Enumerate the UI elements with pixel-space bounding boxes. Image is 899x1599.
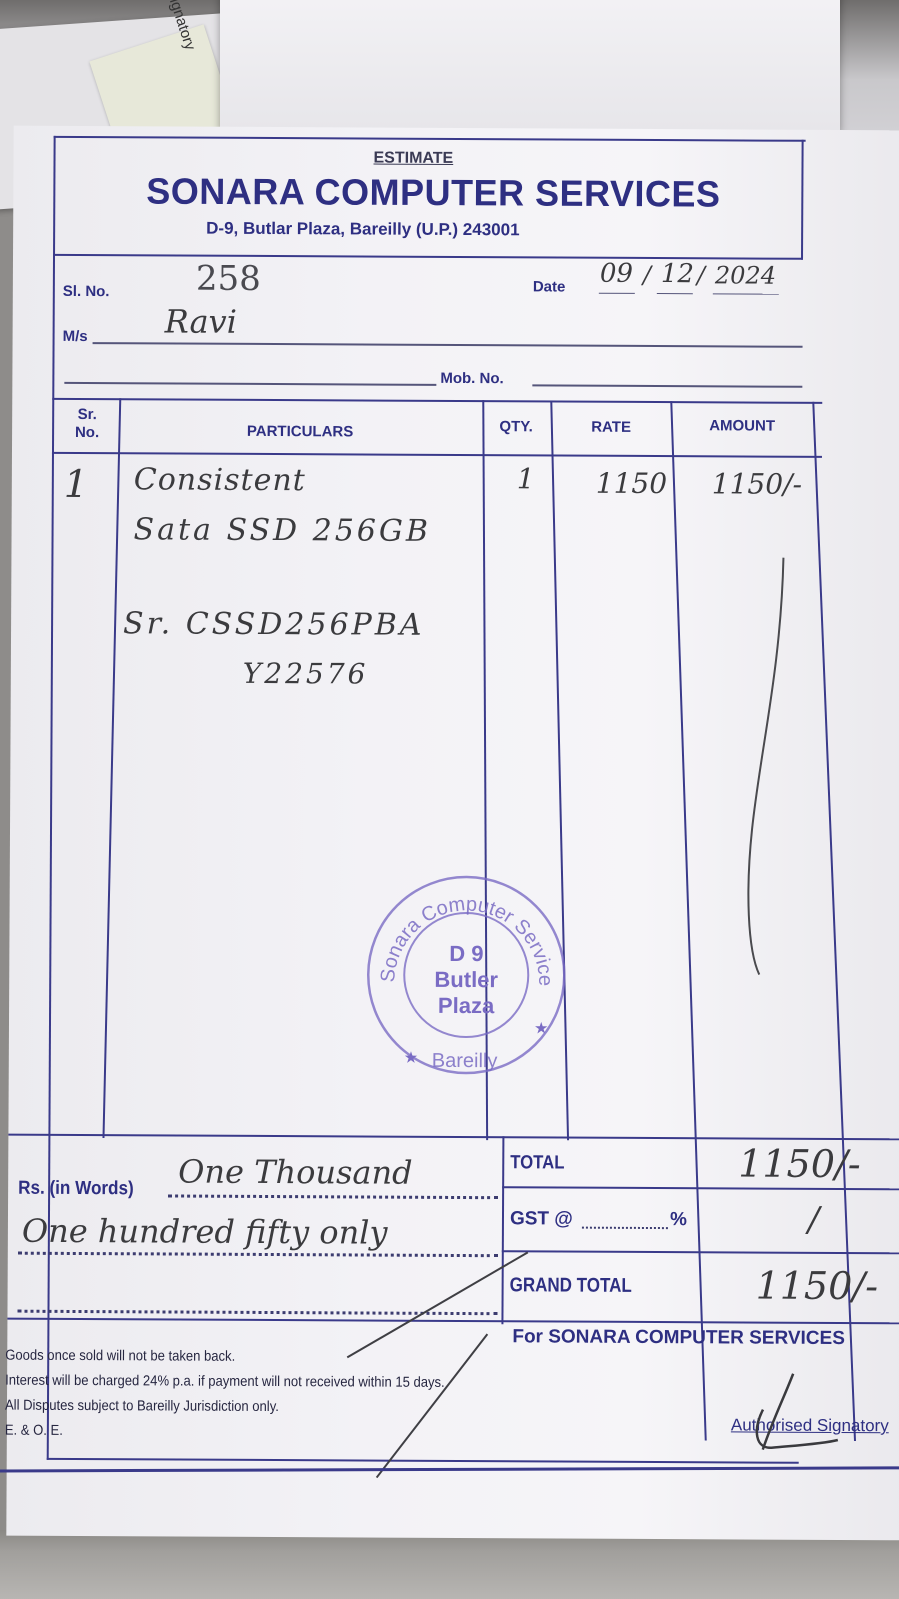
stamp-star-left: ★ <box>404 1050 418 1067</box>
date-day: 09 <box>600 259 633 289</box>
row-qty: 1 <box>517 462 535 495</box>
mobile-label: Mob. No. <box>440 370 503 387</box>
gst-row: GST @ % <box>510 1208 710 1239</box>
background-table-surface <box>0 1530 899 1599</box>
row-particulars-line1: Consistent <box>134 462 306 498</box>
stamp-star-right: ★ <box>534 1020 548 1037</box>
date-month: 12 <box>661 259 694 289</box>
gst-label: GST @ <box>510 1208 573 1230</box>
row-particulars-line3: Sr. CSSD256PBA <box>123 606 425 643</box>
date-label: Date <box>533 278 566 295</box>
row-amount: 1150/- <box>712 467 802 500</box>
term-3: All Disputes subject to Bareilly Jurisdi… <box>5 1394 445 1421</box>
term-2: Interest will be charged 24% p.a. if pay… <box>5 1369 445 1396</box>
amount-strike-line <box>729 549 791 979</box>
stamp-bottom-text: Bareilly <box>432 1050 498 1072</box>
row-rate: 1150 <box>596 467 667 500</box>
background-folded-paper <box>220 0 840 130</box>
customer-value: Ravi <box>165 302 237 340</box>
date-separator-2: / <box>697 261 705 289</box>
company-name: SONARA COMPUTER SERVICES <box>146 170 720 216</box>
row-sr-no: 1 <box>64 462 88 506</box>
header-sr-no: Sr. No. <box>56 406 118 442</box>
customer-label: M/s <box>63 328 88 345</box>
date-month-underline <box>657 293 693 294</box>
words-label: Rs. (in Words) <box>18 1178 134 1201</box>
for-company-label: For SONARA COMPUTER SERVICES <box>512 1326 845 1350</box>
grand-total-value: 1150/- <box>756 1264 879 1309</box>
gst-value: / <box>808 1200 820 1240</box>
gst-rate-field[interactable] <box>582 1227 668 1229</box>
company-address: D-9, Butlar Plaza, Bareilly (U.P.) 24300… <box>206 219 519 241</box>
gst-percent-sign: % <box>670 1209 687 1231</box>
header-sr-line1: Sr. <box>56 406 118 424</box>
words-value-line1: One Thousand <box>178 1153 413 1192</box>
stamp-center-line2: Butler <box>434 967 498 992</box>
stamp-center-line3: Plaza <box>438 993 495 1018</box>
term-1: Goods once sold will not be taken back. <box>5 1344 445 1371</box>
estimate-sheet: ESTIMATE SONARA COMPUTER SERVICES D-9, B… <box>6 126 899 1541</box>
total-label: TOTAL <box>510 1152 564 1174</box>
customer-field[interactable]: Ravi <box>93 302 803 350</box>
date-year: 2024 <box>715 261 776 289</box>
words-value-line2: One hundred fifty only <box>22 1212 388 1252</box>
serial-value: 258 <box>196 259 261 299</box>
row-particulars-line4: Y22576 <box>243 657 369 691</box>
term-4: E. & O. E. <box>5 1419 445 1446</box>
date-field[interactable]: 09 / 12 / 2024 <box>595 259 805 300</box>
date-day-underline <box>599 293 635 294</box>
header-qty: QTY. <box>484 418 548 435</box>
terms-list: Goods once sold will not be taken back. … <box>5 1344 445 1446</box>
stamp-center-line1: D 9 <box>449 941 483 966</box>
total-value: 1150/- <box>738 1141 861 1186</box>
header-particulars: PARTICULARS <box>120 422 480 441</box>
date-separator-1: / <box>643 261 651 289</box>
serial-label: Sl. No. <box>63 283 110 300</box>
header-amount: AMOUNT <box>672 417 812 435</box>
mobile-field[interactable] <box>532 358 802 387</box>
signature-mark <box>733 1369 843 1460</box>
company-stamp: Sonara Computer Services Bareilly ★ ★ D … <box>364 873 570 1079</box>
date-year-underline <box>713 293 779 294</box>
header-sr-line2: No. <box>56 424 118 442</box>
header-rate: RATE <box>552 418 670 436</box>
row-particulars-line2: Sata SSD 256GB <box>133 512 431 549</box>
